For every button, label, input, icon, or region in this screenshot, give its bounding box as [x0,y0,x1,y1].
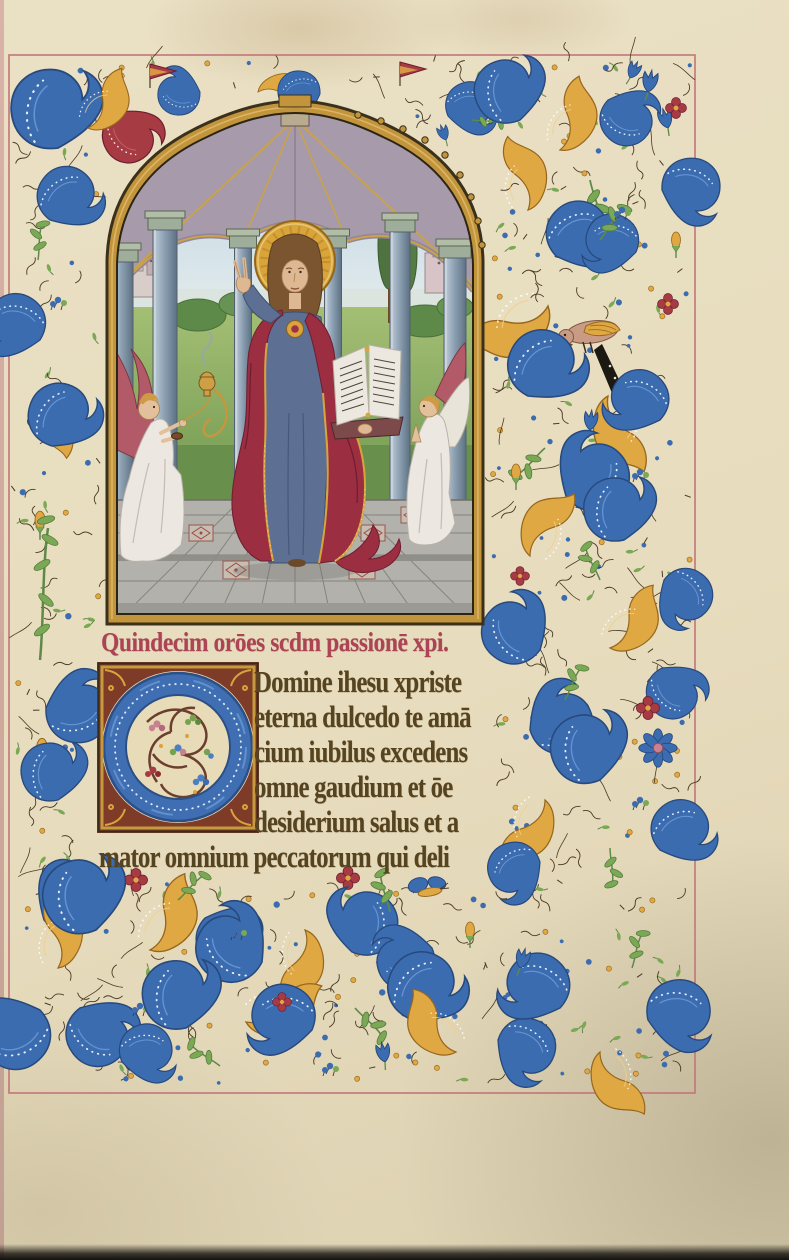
frame-apex-finial [279,95,311,107]
prayer-line-6: mator omnium peccatorum qui deli [99,839,449,875]
illuminated-initial [97,662,259,833]
manuscript-page: Quindecim orōes scdm passionē xpi. Domin… [0,0,789,1260]
prayer-line-4: omne gaudium et ōe [254,769,452,805]
prayer-line-5: desiderium salus et a [254,804,458,840]
prayer-line-2: eterna dulcedo te amā [254,699,471,735]
prayer-line-1: Domine ihesu xpriste [254,664,461,700]
prayer-line-3: cium iubilus excedens [254,734,467,770]
rubric-line: Quindecim orōes scdm passionē xpi. [101,627,448,658]
page-bottom-edge [0,1244,789,1260]
miniature-christ-blessing [103,95,485,624]
